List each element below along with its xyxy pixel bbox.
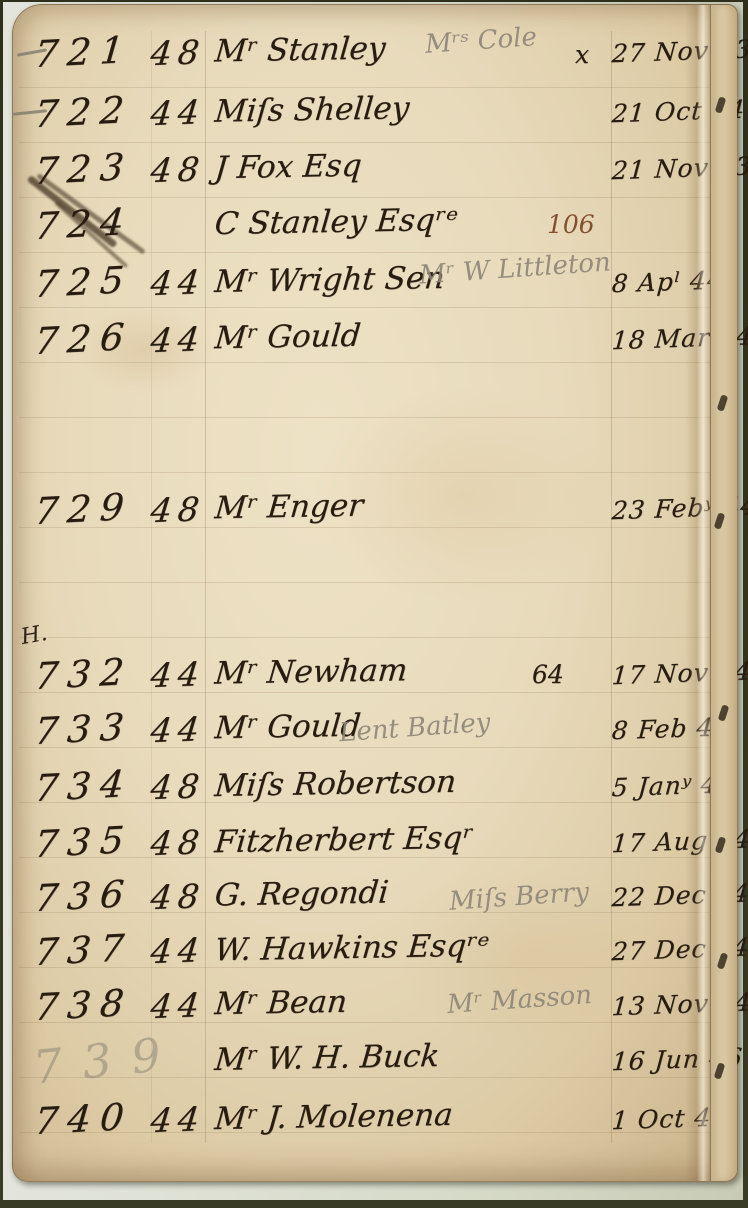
entry-date: 16 Jun 46: [611, 1043, 743, 1077]
client-name: Mʳ Gould: [213, 318, 362, 357]
ledger-photo: H. 739 721 48 Mʳ Stanley Mʳˢ Cole x 27 N…: [0, 0, 748, 1208]
client-name: Mʳ Enger: [213, 488, 364, 527]
entry-date: 23 Febʸ 44: [611, 492, 743, 526]
entry-date: 8 Apˡ 44: [611, 265, 743, 299]
fee: 48: [149, 822, 217, 863]
entry-date: 27 Nov 43: [611, 35, 743, 69]
fee: 44: [149, 654, 217, 695]
entry-date: 1 Oct 44: [611, 1102, 743, 1136]
pencil-annotation: Mʳ Masson: [446, 980, 593, 1020]
fee: 44: [149, 1099, 217, 1140]
fee: 48: [149, 149, 217, 190]
entry-number: 723: [33, 144, 155, 193]
entry-date: 8 Feb 44: [611, 712, 743, 746]
entry-number: 732: [33, 649, 155, 698]
ledger-page: H. 739 721 48 Mʳ Stanley Mʳˢ Cole x 27 N…: [12, 4, 738, 1182]
pencil-annotation: Miſs Berry: [448, 877, 590, 917]
entry-date: 18 Mar 44: [611, 322, 743, 356]
entry-date: 17 Aug 44: [611, 825, 743, 859]
entry-number: 722: [33, 87, 155, 136]
fee: 44: [149, 930, 217, 971]
ledger-row: 737 44 W. Hawkins Esqʳᵉ 27 Dec 44: [27, 928, 739, 986]
ledger-row: 733 44 Mʳ Gould Lent Batley 8 Feb 44: [27, 707, 739, 765]
entry-mark: x: [575, 40, 589, 69]
pencil-annotation: Mʳˢ Cole: [424, 22, 538, 60]
ledger-row: Mʳ W. H. Buck 16 Jun 46: [27, 1038, 739, 1096]
entry-date: 5 Janʸ 44: [611, 769, 743, 803]
entry-date: 27 Dec 44: [611, 933, 743, 967]
client-name: Miſs Shelley: [213, 90, 411, 129]
entry-number: 736: [33, 871, 155, 920]
entry-mark: 106: [547, 210, 595, 239]
entry-number: 734: [33, 761, 155, 810]
client-name: Mʳ Newham: [213, 652, 409, 691]
entry-number: 725: [33, 257, 155, 306]
client-name: Miſs Robertson: [213, 764, 457, 804]
client-name: J Fox Esq: [213, 148, 363, 187]
ledger-row: 734 48 Miſs Robertson 5 Janʸ 44: [27, 764, 739, 822]
client-name: Mʳ Stanley: [213, 31, 387, 70]
ledger-row: 732 44 Mʳ Newham 64 17 Nov 44: [27, 652, 739, 710]
ledger-row: 721 48 Mʳ Stanley Mʳˢ Cole x 27 Nov 43: [27, 30, 739, 88]
fee: 48: [149, 489, 217, 530]
margin-mark: H.: [19, 621, 49, 650]
entry-number: 733: [33, 704, 155, 753]
client-name: Mʳ Wright Sen: [213, 260, 446, 300]
entry-number: 740: [33, 1094, 155, 1143]
ledger-row: 729 48 Mʳ Enger 23 Febʸ 44: [27, 487, 739, 545]
ledger-row: 736 48 G. Regondi Miſs Berry 22 Dec 44: [27, 874, 739, 932]
client-name: G. Regondi: [213, 874, 390, 913]
client-name: Mʳ W. H. Buck: [213, 1038, 441, 1078]
entry-number: 729: [33, 484, 155, 533]
client-name: Mʳ J. Molenena: [213, 1097, 454, 1137]
fee: 44: [149, 92, 217, 133]
entry-number: 721: [33, 27, 155, 76]
facing-page-ink-mark: [717, 394, 729, 411]
ledger-row: 738 44 Mʳ Bean Mʳ Masson 13 Nov 44: [27, 983, 739, 1041]
ledger-row: 723 48 J Fox Esq 21 Nov 43: [27, 147, 739, 205]
client-name: Fitzherbert Esqʳ: [213, 820, 474, 860]
ledger-row: 735 48 Fitzherbert Esqʳ 17 Aug 44: [27, 820, 739, 878]
entry-number: 726: [33, 314, 155, 363]
entry-date: 22 Dec 44: [611, 879, 743, 913]
ledger-row: 740 44 Mʳ J. Molenena 1 Oct 44: [27, 1097, 739, 1155]
entry-date: 21 Nov 43: [611, 152, 743, 186]
entry-date: 21 Oct 44: [611, 95, 743, 129]
ledger-row: 724 C Stanley Esqʳᵉ 106: [27, 202, 739, 260]
entry-number: 724: [33, 199, 155, 248]
fee: 44: [149, 985, 217, 1026]
fee: 48: [149, 32, 217, 73]
ledger-row: 722 44 Miſs Shelley 21 Oct 44: [27, 90, 739, 148]
fee: 48: [149, 876, 217, 917]
fee: 44: [149, 262, 217, 303]
fee: 44: [149, 709, 217, 750]
client-name: C Stanley Esqʳᵉ: [213, 202, 459, 242]
entry-number: 735: [33, 817, 155, 866]
fee: 44: [149, 319, 217, 360]
entry-mark: 64: [532, 660, 564, 689]
entry-number: 737: [33, 925, 155, 974]
entry-date: 13 Nov 44: [611, 988, 743, 1022]
client-name: Mʳ Bean: [213, 984, 348, 1022]
ledger-row: 726 44 Mʳ Gould 18 Mar 44: [27, 317, 739, 375]
ledger-row: 725 44 Mʳ Wright Sen Mʳ W Littleton 8 Ap…: [27, 260, 739, 318]
client-name: W. Hawkins Esqʳᵉ: [213, 928, 490, 969]
entry-date: 17 Nov 44: [611, 657, 743, 691]
entry-number: 738: [33, 980, 155, 1029]
fee: 48: [149, 766, 217, 807]
